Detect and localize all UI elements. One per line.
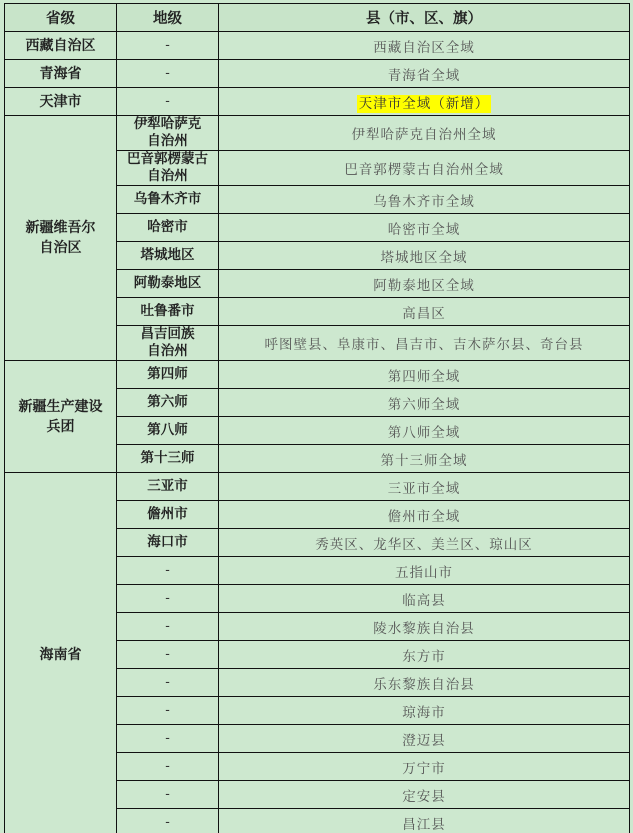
county-cell: 澄迈县 — [219, 725, 630, 753]
county-cell: 青海省全域 — [219, 60, 630, 88]
county-cell: 东方市 — [219, 641, 630, 669]
table-row: 新疆维吾尔 自治区 伊犁哈萨克 自治州 伊犁哈萨克自治州全域 — [5, 116, 630, 151]
prefecture-cell: - — [117, 725, 219, 753]
county-cell: 西藏自治区全域 — [219, 32, 630, 60]
province-cell-hainan: 海南省 — [5, 473, 117, 833]
county-cell: 高昌区 — [219, 298, 630, 326]
prefecture-cell: 海口市 — [117, 529, 219, 557]
county-cell: 第六师全域 — [219, 389, 630, 417]
county-cell: 五指山市 — [219, 557, 630, 585]
province-cell: 西藏自治区 — [5, 32, 117, 60]
prefecture-line: 巴音郭楞蒙古 — [127, 151, 208, 167]
table-row: 青海省 - 青海省全域 — [5, 60, 630, 88]
prefecture-cell: 阿勒泰地区 — [117, 270, 219, 298]
county-cell: 琼海市 — [219, 697, 630, 725]
prefecture-line: 伊犁哈萨克 — [134, 116, 202, 132]
prefecture-line: 自治州 — [147, 133, 188, 149]
prefecture-cell: 塔城地区 — [117, 242, 219, 270]
header-row: 省级 地级 县（市、区、旗） — [5, 4, 630, 32]
county-cell: 伊犁哈萨克自治州全域 — [219, 116, 630, 151]
county-cell: 三亚市全域 — [219, 473, 630, 501]
county-cell: 儋州市全域 — [219, 501, 630, 529]
prefecture-cell: 吐鲁番市 — [117, 298, 219, 326]
prefecture-line: 自治州 — [147, 168, 188, 184]
prefecture-cell: - — [117, 781, 219, 809]
prefecture-cell: 哈密市 — [117, 214, 219, 242]
county-cell: 天津市全域（新增） — [219, 88, 630, 116]
county-cell: 哈密市全域 — [219, 214, 630, 242]
county-cell: 昌江县 — [219, 809, 630, 833]
prefecture-line: 自治州 — [147, 343, 188, 359]
table-row: 西藏自治区 - 西藏自治区全域 — [5, 32, 630, 60]
table-row: 新疆生产建设 兵团 第四师 第四师全域 — [5, 361, 630, 389]
prefecture-cell: - — [117, 753, 219, 781]
zone-table: 省级 地级 县（市、区、旗） 西藏自治区 - 西藏自治区全域 青海省 - 青海省… — [4, 3, 630, 833]
province-cell: 青海省 — [5, 60, 117, 88]
prefecture-cell: 第十三师 — [117, 445, 219, 473]
county-cell: 巴音郭楞蒙古自治州全域 — [219, 151, 630, 186]
prefecture-cell: 巴音郭楞蒙古 自治州 — [117, 151, 219, 186]
prefecture-cell: - — [117, 641, 219, 669]
province-line: 新疆维吾尔 — [26, 220, 96, 236]
county-cell: 乐东黎族自治县 — [219, 669, 630, 697]
county-cell: 定安县 — [219, 781, 630, 809]
county-cell: 呼图壁县、阜康市、昌吉市、吉木萨尔县、奇台县 — [219, 326, 630, 361]
prefecture-cell: - — [117, 32, 219, 60]
header-province: 省级 — [5, 4, 117, 32]
prefecture-cell: 昌吉回族 自治州 — [117, 326, 219, 361]
county-cell: 第四师全域 — [219, 361, 630, 389]
prefecture-cell: - — [117, 613, 219, 641]
prefecture-cell: - — [117, 669, 219, 697]
header-prefecture: 地级 — [117, 4, 219, 32]
province-line: 自治区 — [40, 240, 82, 256]
highlighted-new-text: 天津市全域（新增） — [357, 95, 492, 113]
county-cell: 万宁市 — [219, 753, 630, 781]
county-cell: 第十三师全域 — [219, 445, 630, 473]
county-cell: 临高县 — [219, 585, 630, 613]
prefecture-cell: 第六师 — [117, 389, 219, 417]
county-cell: 乌鲁木齐市全域 — [219, 186, 630, 214]
prefecture-cell: - — [117, 809, 219, 833]
prefecture-cell: 儋州市 — [117, 501, 219, 529]
prefecture-line: 昌吉回族 — [141, 326, 195, 342]
county-cell: 秀英区、龙华区、美兰区、琼山区 — [219, 529, 630, 557]
prefecture-cell: 三亚市 — [117, 473, 219, 501]
county-cell: 陵水黎族自治县 — [219, 613, 630, 641]
prefecture-cell: 伊犁哈萨克 自治州 — [117, 116, 219, 151]
county-cell: 第八师全域 — [219, 417, 630, 445]
province-cell: 天津市 — [5, 88, 117, 116]
province-cell-bingtuan: 新疆生产建设 兵团 — [5, 361, 117, 473]
prefecture-cell: 第八师 — [117, 417, 219, 445]
prefecture-cell: - — [117, 60, 219, 88]
prefecture-cell: - — [117, 557, 219, 585]
table-row: 天津市 - 天津市全域（新增） — [5, 88, 630, 116]
province-line: 兵团 — [47, 419, 75, 435]
prefecture-cell: 乌鲁木齐市 — [117, 186, 219, 214]
prefecture-cell: 第四师 — [117, 361, 219, 389]
province-line: 新疆生产建设 — [19, 399, 103, 415]
header-county: 县（市、区、旗） — [219, 4, 630, 32]
prefecture-cell: - — [117, 585, 219, 613]
county-cell: 阿勒泰地区全域 — [219, 270, 630, 298]
table-row: 海南省 三亚市 三亚市全域 — [5, 473, 630, 501]
province-cell-xinjiang: 新疆维吾尔 自治区 — [5, 116, 117, 361]
county-cell: 塔城地区全域 — [219, 242, 630, 270]
prefecture-cell: - — [117, 88, 219, 116]
prefecture-cell: - — [117, 697, 219, 725]
